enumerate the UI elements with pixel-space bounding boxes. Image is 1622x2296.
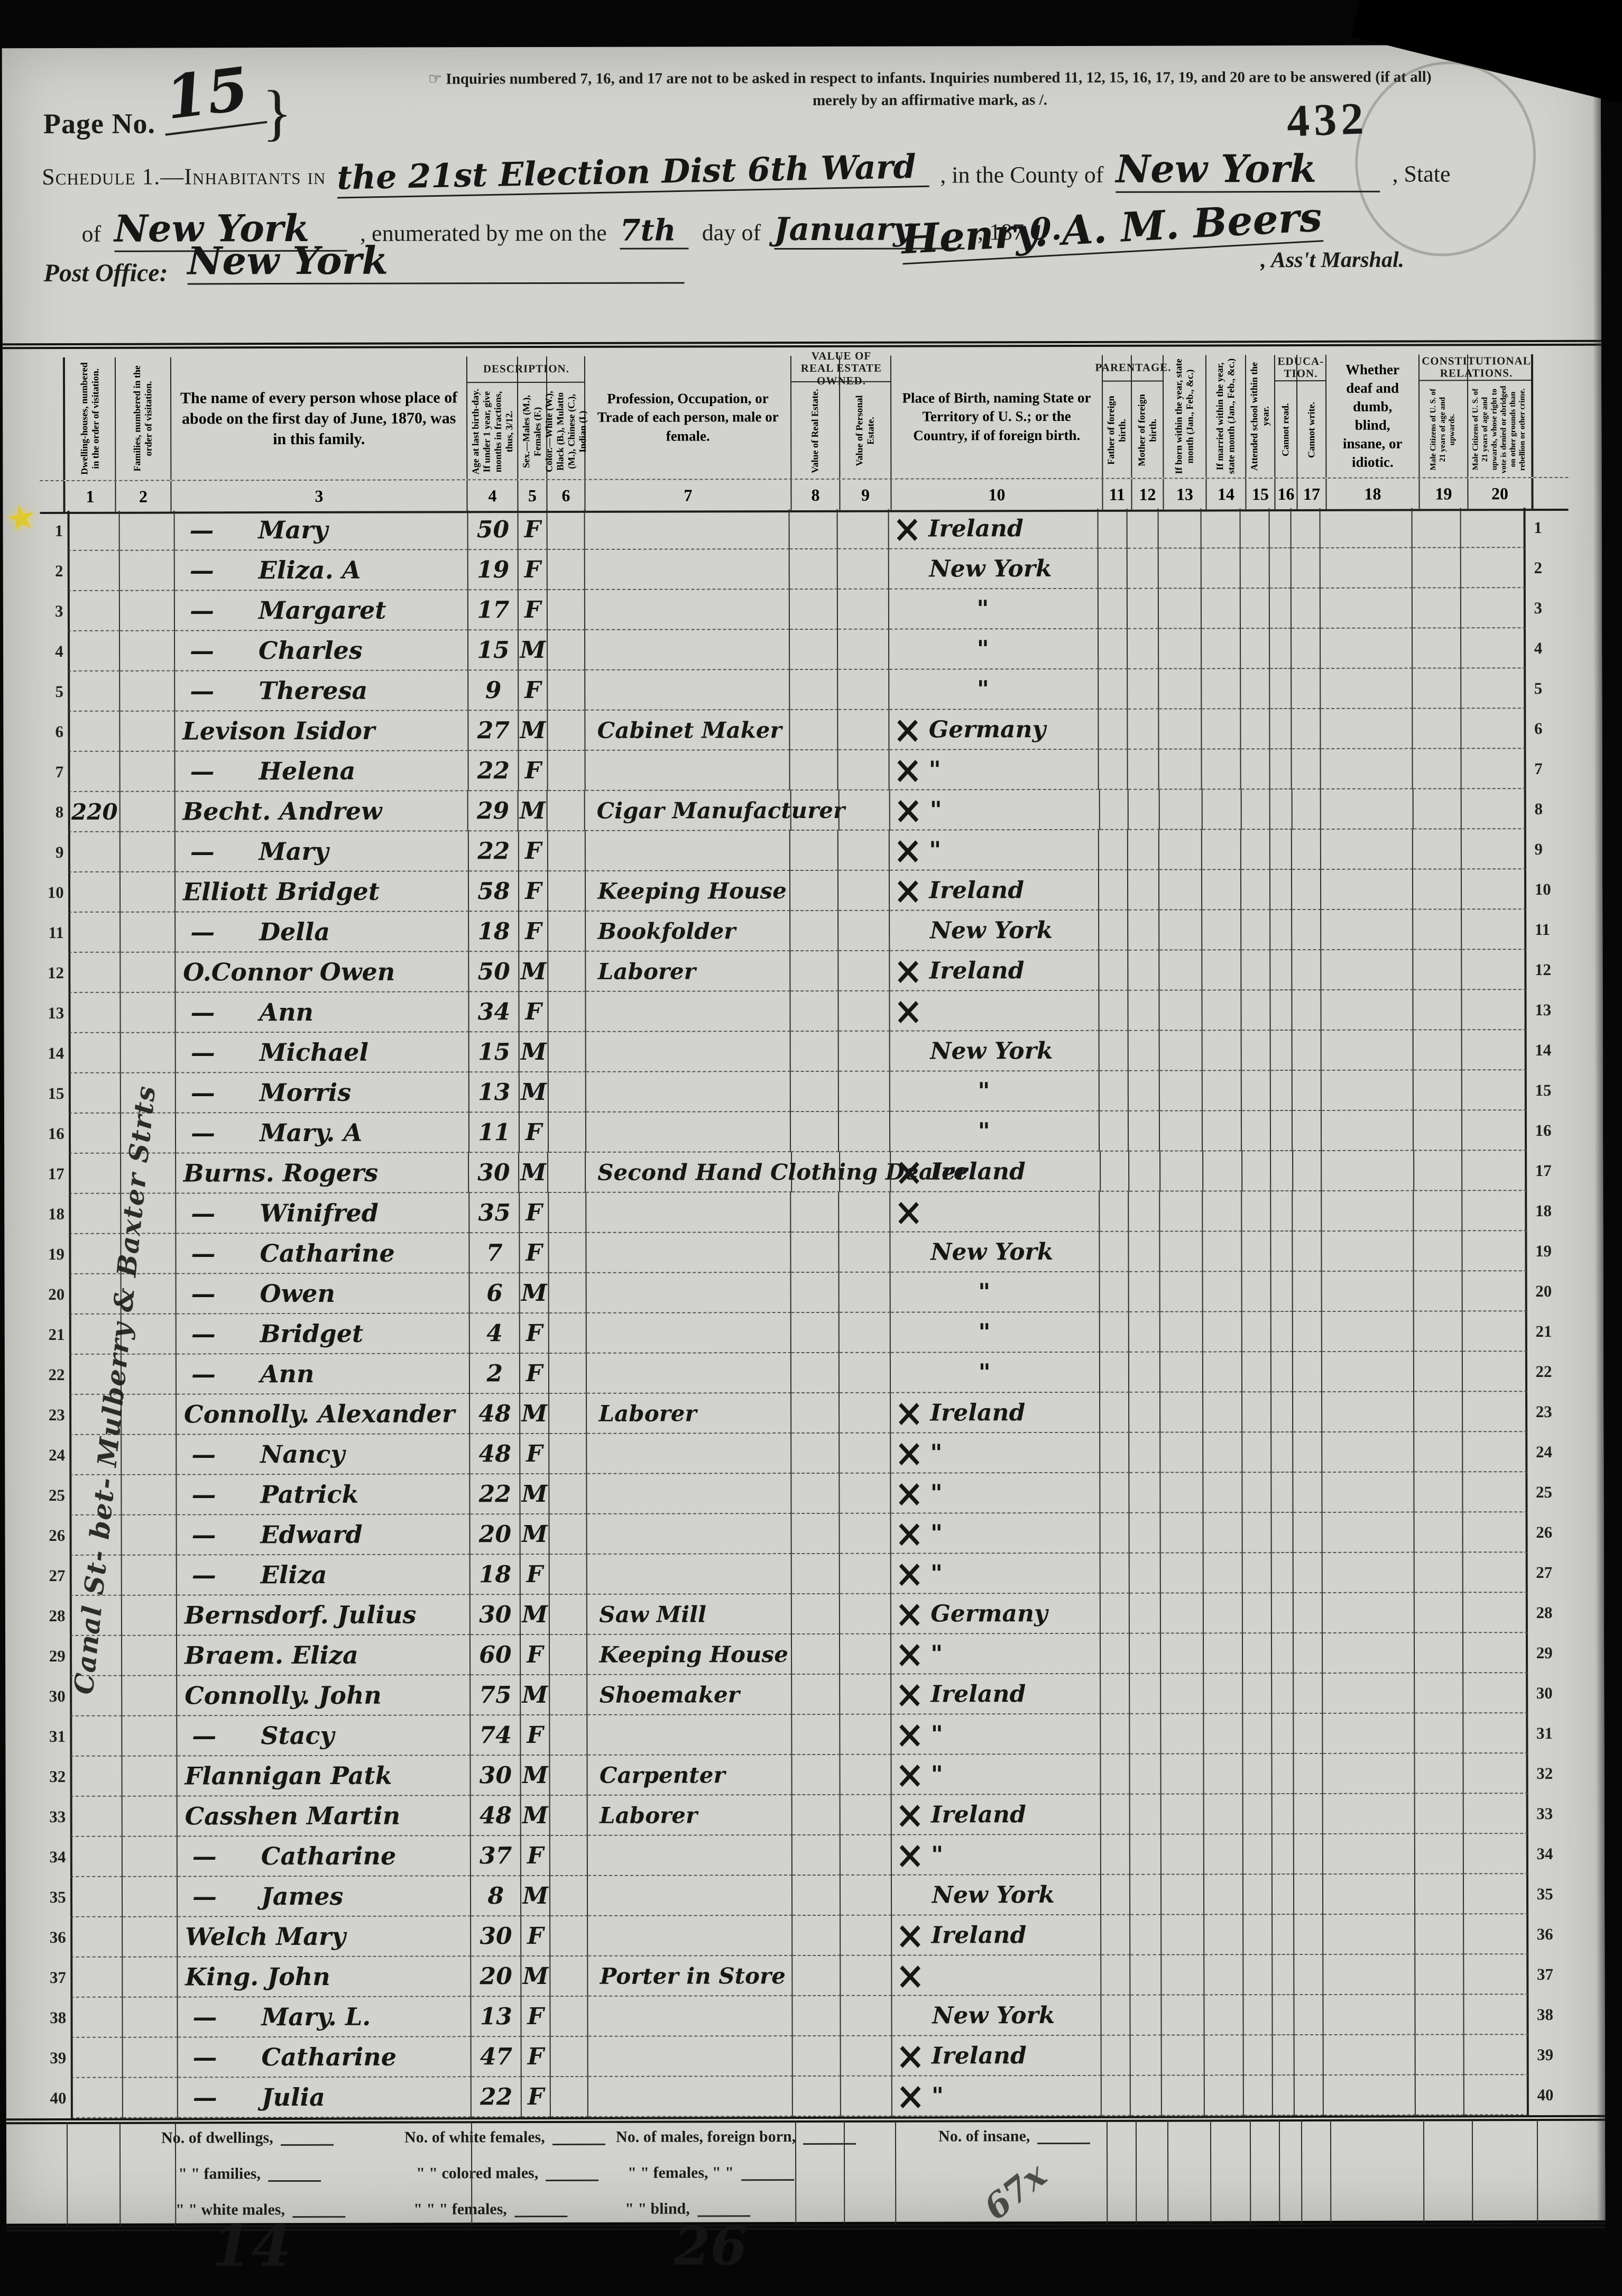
marshal-title: , Ass't Marshal. [1260,247,1404,273]
family-cell [122,1435,177,1475]
name-cell: Braem. Eliza [177,1635,471,1676]
empty-cell-col16 [1273,1915,1295,1955]
birthplace-cell: " [889,629,1099,670]
color-cell [549,1233,587,1273]
dwelling-cell [70,1757,122,1797]
occupation-cell [586,1032,791,1072]
sex-cell: F [520,1233,549,1273]
empty-cell-col16 [1270,1071,1293,1111]
column-number-5: 5 [518,480,547,511]
empty-cell-col18 [1323,1593,1415,1633]
real-estate-cell [791,1434,840,1474]
birthplace-cell: New York [890,911,1100,951]
empty-cell-col17 [1294,1714,1323,1754]
empty-cell-col19 [1415,1553,1463,1593]
column-header-label: Cannot read. [1279,383,1292,477]
color-cell [549,1394,587,1434]
column-header-label: Age at last birth-day. If under 1 year, … [469,384,515,479]
name-cell: —Mary [174,510,468,550]
row-number-left: 18 [41,1194,69,1234]
footer-column-line [175,2121,176,2225]
empty-cell-col18 [1323,1834,1416,1875]
birthplace-cell: ×Ireland [890,951,1100,991]
color-cell [548,711,586,751]
affirmative-x-mark: × [896,2033,925,2078]
empty-cell-col11 [1101,1634,1130,1674]
column-header-label: Male Citizens of U. S. of 21 years of ag… [1471,382,1528,476]
column-header-label: Dwelling-houses, numbered in the order o… [78,357,102,480]
empty-cell-col17 [1293,1071,1322,1111]
empty-cell-col16 [1270,629,1292,669]
footer-blank-line [552,2144,605,2145]
empty-cell-col15 [1243,1633,1272,1674]
column-header-2: Families, numbered in the order of visit… [116,357,171,480]
personal-estate-cell [840,1594,891,1634]
highlight-star: ★ [2,495,40,541]
empty-cell-col18 [1321,629,1413,669]
personal-estate-cell [838,710,889,750]
affirmative-x-mark: × [892,506,922,551]
empty-cell-col13 [1161,1593,1203,1633]
color-cell [549,1113,587,1153]
empty-cell-col14 [1202,990,1242,1031]
column-number-17: 17 [1297,479,1326,509]
empty-cell-col18 [1322,1392,1415,1432]
empty-cell-col11 [1102,1955,1131,1996]
personal-estate-cell [838,750,889,791]
empty-cell-col20 [1464,2075,1528,2115]
row-number-right: 18 [1527,1191,1570,1231]
instructions-line1: Inquiries numbered 7, 16, and 17 are not… [446,69,1431,88]
row-number-right: 2 [1525,548,1569,588]
empty-cell-col19 [1413,709,1461,749]
sex-cell: M [519,630,548,671]
row-number-left: 34 [43,1837,70,1877]
age-cell: 13 [472,1997,522,2037]
occupation-cell: Keeping House [587,1634,792,1675]
empty-cell-col19 [1414,910,1462,950]
personal-estate-cell [838,831,889,871]
column-header-label: Mother of foreign birth. [1136,383,1159,477]
table-row: 14—Michael15MNew York14 [41,1030,1570,1073]
empty-cell-col15 [1241,589,1270,629]
real-estate-cell [790,831,838,871]
empty-cell-col19 [1414,1392,1462,1432]
empty-cell-col14 [1202,589,1241,629]
table-row: 23Connolly. Alexander48MLaborer×Ireland2… [42,1392,1570,1435]
empty-cell-col20 [1461,789,1526,829]
column-number-20: 20 [1468,478,1533,509]
row-number-left: 8 [41,792,68,832]
row-number-right: 40 [1528,2075,1572,2115]
personal-estate-cell [840,1273,890,1313]
column-number-19: 19 [1420,478,1468,509]
family-cell [121,912,176,952]
footer-column-line [1423,2119,1424,2223]
row-number-left: 13 [41,993,68,1033]
empty-cell-col17 [1293,1191,1322,1232]
color-cell [550,1916,588,1957]
empty-cell-col17 [1293,950,1322,990]
dwelling-cell [68,832,120,873]
column-header-label: Whether deaf and dumb, blind, insane, or… [1326,360,1418,472]
empty-cell-col17 [1294,1593,1323,1633]
occupation-cell: Shoemaker [588,1675,792,1715]
real-estate-cell [790,590,838,630]
empty-cell-col18 [1323,1754,1415,1794]
table-row: 33Casshen Martin48MLaborer×Ireland33 [43,1794,1571,1837]
name-cell: —Catharine [178,1836,471,1877]
sex-cell: M [519,1153,548,1193]
empty-cell-col11 [1101,1594,1130,1634]
column-header-label: Place of Birth, naming State or Territor… [891,389,1102,445]
empty-cell-col20 [1463,1472,1527,1512]
affirmative-x-mark: × [893,988,923,1033]
name-cell: Connolly. Alexander [177,1394,470,1435]
dwelling-cell [70,1917,123,1958]
table-row: 30Connolly. John75MShoemaker×Ireland30 [42,1673,1571,1716]
sex-cell: M [521,1876,550,1916]
empty-cell-col11 [1101,1473,1130,1513]
sex-cell: M [520,1032,549,1072]
empty-cell-col20 [1461,508,1525,548]
age-cell: 27 [469,711,519,751]
empty-cell-col15 [1243,1553,1272,1593]
family-cell [120,751,175,792]
empty-cell-col14 [1202,1031,1242,1071]
sex-cell: F [521,1434,550,1474]
name-cell: —Theresa [175,671,468,711]
column-number-15: 15 [1246,479,1275,509]
sex-cell: F [519,831,548,871]
sex-cell: F [521,1715,550,1756]
empty-cell-col15 [1241,508,1270,548]
empty-cell-col11 [1101,1554,1130,1594]
affirmative-x-mark: × [896,2073,925,2118]
sex-cell: M [519,791,548,831]
color-cell [547,791,585,831]
row-number-right: 34 [1528,1834,1571,1874]
empty-cell-col13 [1160,1352,1203,1392]
occupation-cell [587,1474,792,1514]
empty-cell-col19 [1414,1070,1462,1110]
row-number-left: 2 [40,551,68,591]
empty-cell-col14 [1204,1834,1244,1875]
age-cell: 30 [471,1916,521,1957]
empty-cell-col19 [1415,1633,1463,1673]
row-number-right: 22 [1527,1352,1570,1392]
age-cell: 48 [470,1434,520,1474]
sex-cell: M [521,1474,550,1514]
row-number-left: 15 [41,1073,69,1114]
empty-cell-col14 [1203,1352,1243,1392]
footer-column-line [1301,2119,1302,2223]
name-cell: —Bridget [177,1314,470,1354]
empty-cell-col12 [1131,2036,1163,2076]
name-cell: King. John [178,1957,471,1997]
row-number-right: 28 [1527,1593,1571,1633]
column-header-15: Attended school within the year. [1246,355,1275,477]
empty-cell-col19 [1415,1432,1463,1472]
column-header-label: If married within the year, state month … [1214,355,1238,477]
column-header-14: If married within the year, state month … [1206,355,1246,477]
empty-cell-col17 [1294,1513,1323,1553]
real-estate-cell [792,1715,841,1755]
age-cell: 48 [470,1394,520,1434]
empty-cell-col18 [1321,548,1413,589]
age-cell: 18 [471,1555,521,1595]
color-cell [549,1032,587,1072]
empty-cell-col18 [1321,789,1413,830]
family-cell [119,510,174,550]
dwelling-cell [70,1837,122,1877]
empty-cell-col16 [1270,749,1292,789]
empty-cell-col18 [1321,950,1414,990]
sex-cell: M [521,1595,550,1635]
sex-cell: M [519,711,548,751]
empty-cell-col11 [1100,1112,1129,1152]
birthplace-cell: ×" [891,1433,1101,1474]
real-estate-cell [791,1192,839,1233]
column-header-label: If born within the year, state month (Ja… [1173,355,1196,477]
affirmative-x-mark: × [894,1430,924,1475]
age-cell: 13 [469,1072,520,1113]
dwelling-cell [68,873,121,913]
birthplace-cell: New York [890,1232,1100,1273]
occupation-cell [587,1353,791,1394]
age-cell: 60 [471,1635,521,1675]
name-cell: —Mary [176,831,469,872]
personal-estate-cell [841,1715,891,1755]
row-number-left: 6 [40,712,68,752]
empty-cell-col17 [1292,669,1321,709]
empty-cell-col13 [1160,1071,1202,1111]
empty-cell-col13 [1159,870,1202,910]
empty-cell-col13 [1162,1674,1204,1714]
row-number-right: 29 [1528,1633,1571,1673]
empty-cell-col20 [1462,869,1526,910]
empty-cell-col12 [1129,1112,1160,1152]
empty-cell-col11 [1100,1031,1129,1071]
dwelling-cell [70,2038,123,2078]
empty-cell-col12 [1130,1795,1162,1835]
footer-blank-line [741,2179,794,2181]
empty-cell-col15 [1243,1674,1272,1714]
row-number-right: 21 [1527,1311,1570,1352]
empty-cell-col20 [1463,1512,1527,1553]
real-estate-cell [793,2036,841,2077]
column-number-12: 12 [1132,479,1164,510]
table-row: 12O.Connor Owen50MLaborer×Ireland12 [41,950,1569,993]
personal-estate-cell [840,1353,890,1393]
empty-cell-col17 [1292,629,1321,669]
empty-cell-col15 [1243,1714,1272,1754]
empty-cell-col19 [1413,548,1461,588]
pointing-hand-icon: ☞ [428,69,442,87]
empty-cell-col11 [1100,1192,1129,1232]
real-estate-cell [791,991,839,1032]
occupation-cell: Carpenter [588,1755,792,1796]
row-number-left: 37 [43,1958,70,1998]
real-estate-cell [790,911,838,951]
empty-cell-col11 [1099,669,1128,710]
row-number-right: 1 [1525,508,1569,548]
row-number-left: 28 [42,1596,70,1636]
footer-column-line [1537,2119,1538,2222]
age-cell: 50 [469,952,520,992]
empty-cell-col18 [1322,1111,1414,1151]
row-number-left: 35 [43,1877,70,1917]
column-number-14: 14 [1206,479,1246,509]
color-cell [550,1595,588,1635]
empty-cell-col12 [1129,1433,1161,1473]
empty-cell-col17 [1292,830,1321,870]
family-cell [123,2078,178,2118]
birthplace-cell: ×Germany [889,710,1099,750]
dwelling-cell [70,1877,123,1917]
instructions-line2: merely by an affirmative mark, as /. [813,91,1047,109]
color-cell [548,510,586,550]
table-row: 36Welch Mary30F×Ireland36 [43,1914,1571,1958]
row-number-right: 6 [1526,709,1569,749]
row-number-right: 37 [1528,1954,1572,1995]
empty-cell-col14 [1203,1232,1242,1272]
real-estate-cell [792,1594,840,1634]
empty-cell-col20 [1464,2035,1528,2075]
empty-cell-col18 [1323,1714,1415,1754]
occupation-cell [588,2036,793,2077]
table-row: 26—Edward20M×"26 [42,1512,1571,1556]
empty-cell-col11 [1102,2036,1131,2076]
empty-cell-col14 [1204,1754,1243,1794]
empty-cell-col15 [1243,1754,1273,1794]
empty-cell-col16 [1272,1674,1294,1714]
empty-cell-col15 [1242,1312,1271,1352]
empty-cell-col18 [1323,1794,1416,1834]
empty-cell-col16 [1271,1352,1294,1392]
empty-cell-col12 [1129,1393,1161,1433]
table-header: Dwelling-houses, numbered in the order o… [40,354,1569,514]
empty-cell-col16 [1272,1633,1294,1674]
empty-cell-col17 [1294,1834,1323,1875]
affirmative-x-mark: × [895,1752,924,1797]
sex-cell: F [522,2037,551,2077]
sex-cell: M [521,1796,550,1836]
personal-estate-cell [840,1313,890,1353]
personal-estate-cell [839,1072,890,1112]
table-row: 24—Nancy48F×"24 [42,1432,1570,1475]
real-estate-cell [790,710,838,750]
empty-cell-col20 [1462,1030,1526,1070]
sex-cell: F [521,1836,550,1876]
row-number-left: 23 [42,1395,69,1435]
occupation-cell [588,1835,792,1876]
color-cell [549,1354,587,1394]
birthplace-cell: " [889,589,1099,630]
empty-cell-col18 [1322,1513,1415,1553]
empty-cell-col13 [1160,1111,1202,1151]
column-number-4: 4 [467,480,518,511]
empty-cell-col19 [1414,990,1462,1030]
age-cell: 74 [471,1715,521,1756]
table-row: 29Braem. Eliza60FKeeping House×"29 [42,1633,1571,1676]
personal-estate-cell [841,2077,892,2117]
empty-cell-col16 [1269,548,1292,589]
dwelling-cell [68,631,120,672]
empty-cell-col18 [1323,2035,1416,2075]
empty-cell-col16 [1273,1875,1295,1915]
sex-cell: M [520,952,549,992]
empty-cell-col14 [1202,669,1241,709]
sex-cell: F [520,1314,549,1354]
column-number-13: 13 [1164,479,1206,509]
empty-cell-col15 [1241,910,1270,950]
empty-cell-col14 [1204,1955,1244,1995]
table-row: 37King. John20MPorter in Store×37 [43,1954,1571,1998]
empty-cell-col15 [1242,1111,1271,1151]
sex-cell: F [520,1193,549,1233]
personal-estate-cell [840,1152,891,1192]
empty-cell-col15 [1242,1473,1271,1513]
footer-label: " " colored males, [416,2164,538,2182]
empty-cell-col20 [1464,1995,1528,2035]
empty-cell-col16 [1271,1553,1294,1593]
birthplace-cell: New York [892,1996,1102,2036]
column-header-label: Attended school within the year. [1248,355,1272,477]
name-cell: —Winifred [176,1193,469,1234]
real-estate-cell [793,2077,841,2117]
age-cell: 20 [471,1514,521,1555]
empty-cell-col17 [1293,789,1322,830]
table-row: 8220Becht. Andrew29MCigar Manufacturer×"… [41,789,1569,832]
empty-cell-col16 [1271,1312,1293,1352]
row-number-left: 32 [42,1757,70,1797]
birthplace-cell: " [890,1272,1100,1313]
empty-cell-col11 [1102,1996,1131,2036]
empty-cell-col15 [1241,548,1270,589]
table-row: 31—Stacy74F×"31 [42,1713,1571,1757]
group-header-constitutional: Constitutional Relations. [1420,354,1533,381]
empty-cell-col15 [1241,629,1270,669]
empty-cell-col16 [1271,1111,1293,1151]
name-cell: —Stacy [177,1715,471,1756]
schedule-printed-3: , State [1392,161,1450,187]
occupation-cell: Laborer [587,1393,791,1434]
age-cell: 47 [472,2037,522,2077]
empty-cell-col19 [1413,869,1461,910]
color-cell [548,630,586,671]
row-number-right: 17 [1527,1151,1570,1191]
birthplace-cell: ×Ireland [891,1795,1101,1835]
column-header-label: The name of every person whose place of … [171,387,466,449]
empty-cell-col13 [1162,1834,1204,1875]
family-cell [123,2037,178,2078]
empty-cell-col19 [1415,1914,1463,1954]
table-row: 25—Patrick22M×"25 [42,1472,1570,1516]
name-cell: O.Connor Owen [176,952,469,993]
affirmative-x-mark: × [895,1511,924,1556]
empty-cell-col18 [1321,669,1413,709]
row-number-right: 36 [1528,1914,1572,1954]
family-cell [120,671,175,711]
empty-cell-col12 [1130,1875,1162,1915]
empty-cell-col20 [1463,1392,1527,1432]
empty-cell-col20 [1462,1231,1527,1271]
empty-cell-col15 [1242,1031,1271,1071]
table-row: 22—Ann2F"22 [42,1352,1570,1395]
sex-cell: M [520,1394,549,1434]
personal-estate-cell [838,590,889,630]
